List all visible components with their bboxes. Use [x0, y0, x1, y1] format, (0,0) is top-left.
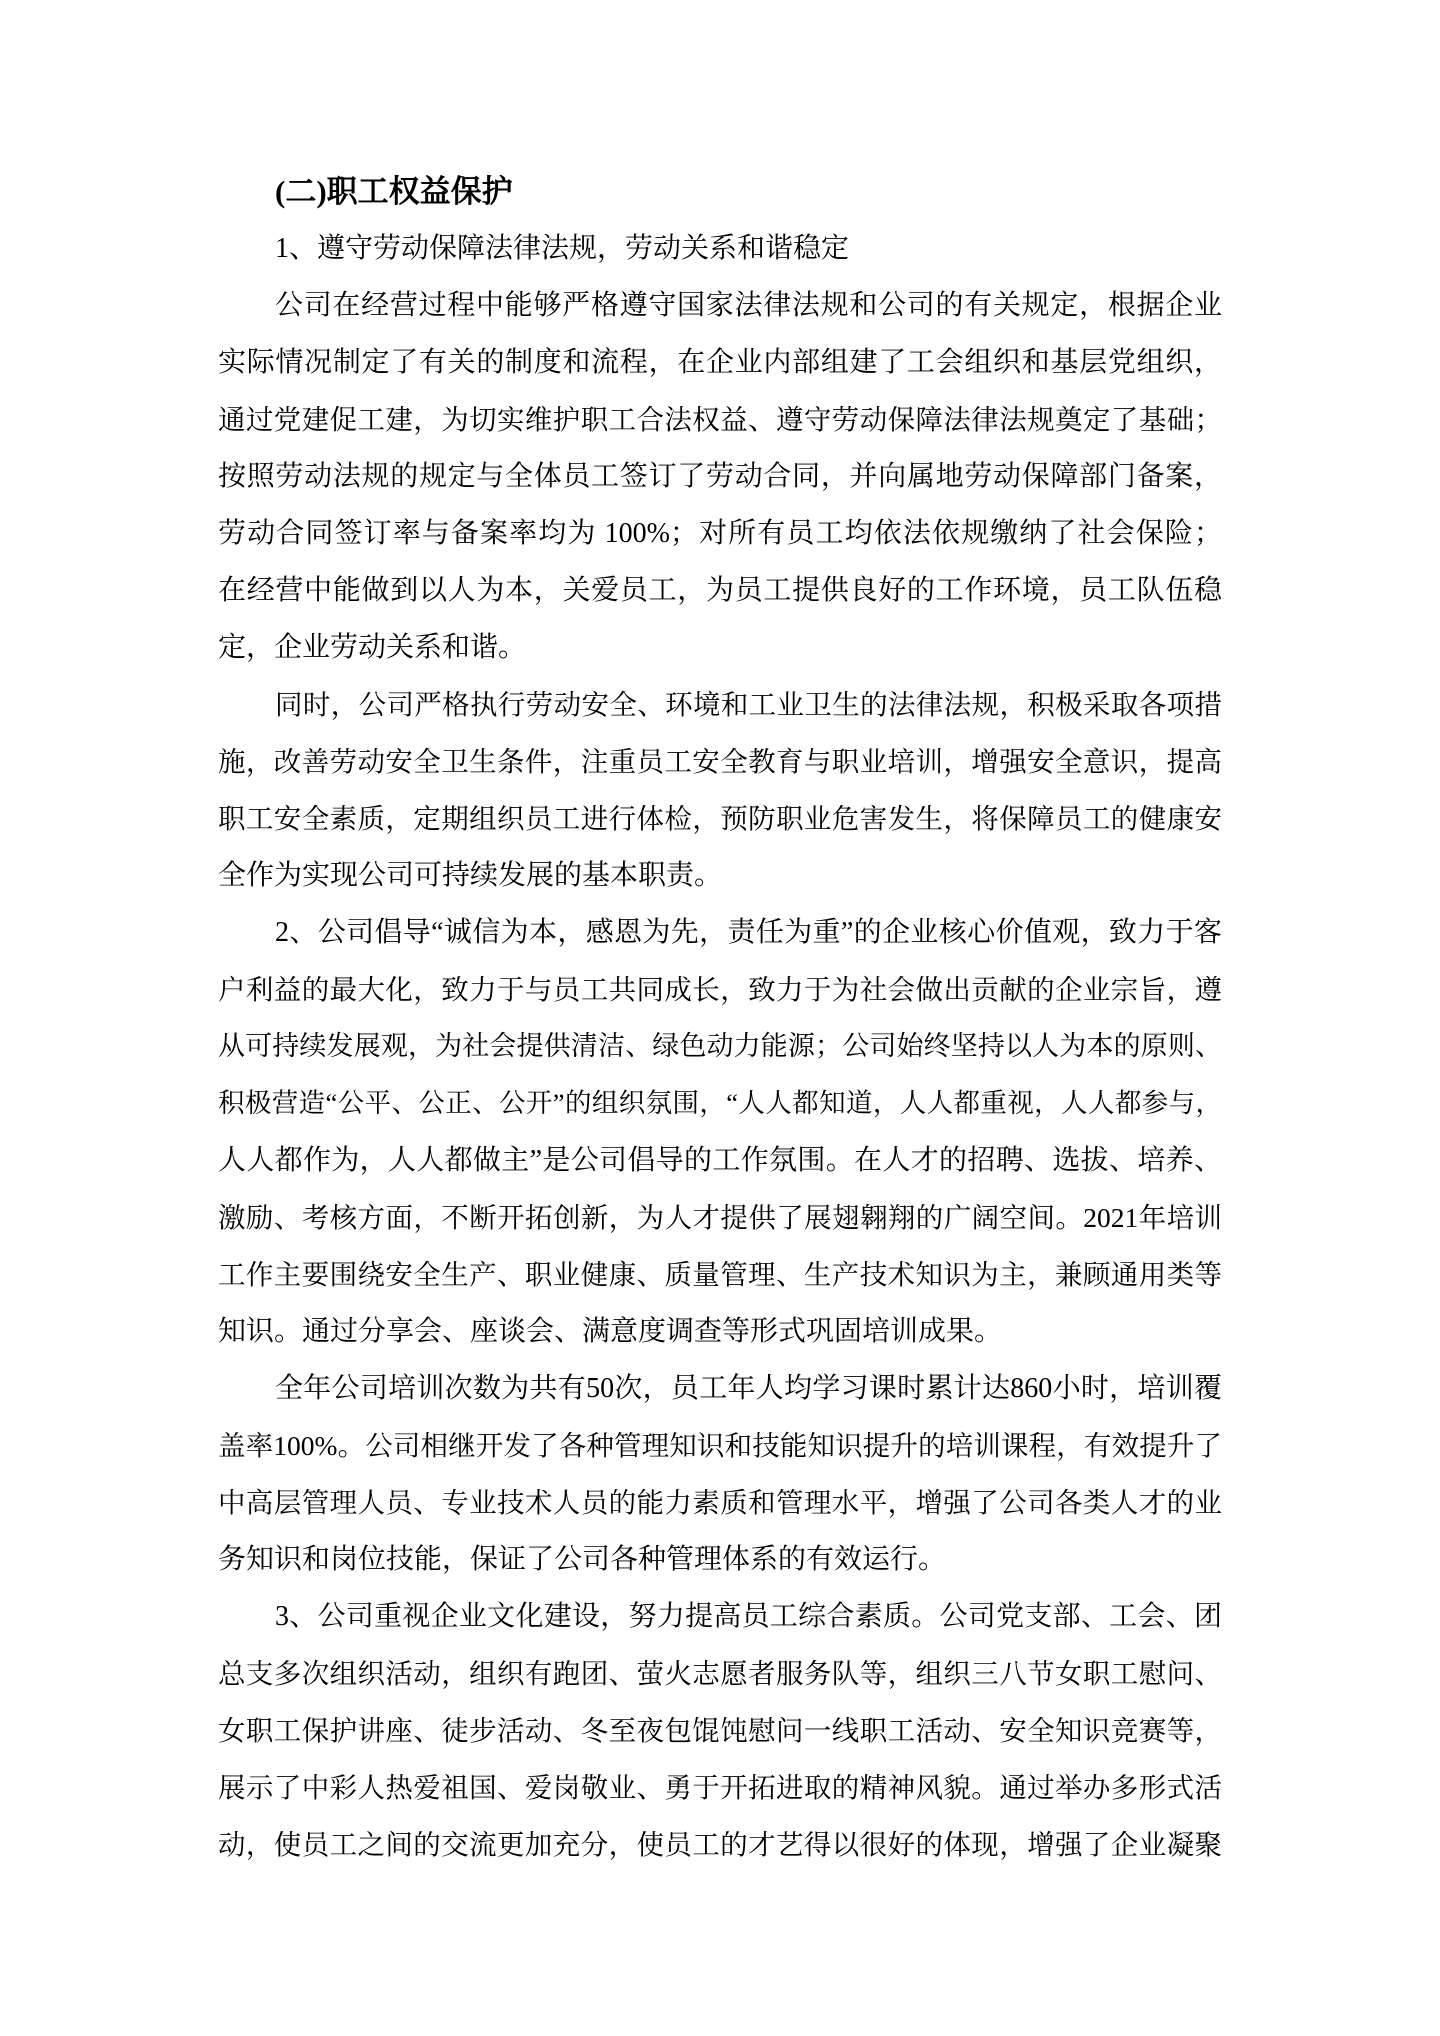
text-line: 积极营造“公平、公正、公开”的组织氛围，“人人都知道，人人都重视，人人都参与，: [218, 1075, 1222, 1132]
text-line: 知识。通过分享会、座谈会、满意度调查等形式巩固培训成果。: [218, 1303, 1222, 1360]
text-line: 女职工保护讲座、徒步活动、冬至夜包馄饨慰问一线职工活动、安全知识竞赛等，: [218, 1702, 1222, 1759]
text-line: 人人都作为，人人都做主”是公司倡导的工作氛围。在人才的招聘、选拔、培养、: [218, 1132, 1222, 1189]
text-line: 总支多次组织活动，组织有跑团、萤火志愿者服务队等，组织三八节女职工慰问、: [218, 1645, 1222, 1702]
text-line: 实际情况制定了有关的制度和流程，在企业内部组建了工会组织和基层党组织，: [218, 334, 1222, 391]
text-line: 劳动合同签订率与备案率均为 100%；对所有员工均依法依规缴纳了社会保险；: [218, 505, 1222, 562]
text-line: 通过党建促工建，为切实维护职工合法权益、遵守劳动保障法律法规奠定了基础；: [218, 391, 1222, 448]
document-page: (二)职工权益保护 1、遵守劳动保障法律法规，劳动关系和谐稳定公司在经营过程中能…: [0, 0, 1440, 2036]
text-line: 全年公司培训次数为共有50次，员工年人均学习课时累计达860小时，培训覆: [218, 1360, 1222, 1417]
text-line: 施，改善劳动安全卫生条件，注重员工安全教育与职业培训，增强安全意识，提高: [218, 733, 1222, 790]
text-line: 动，使员工之间的交流更加充分，使员工的才艺得以很好的体现，增强了企业凝聚: [218, 1816, 1222, 1873]
text-line: 激励、考核方面，不断开拓创新，为人才提供了展翅翱翔的广阔空间。2021年培训: [218, 1189, 1222, 1246]
text-line: 1、遵守劳动保障法律法规，劳动关系和谐稳定: [218, 220, 1222, 277]
text-line: 中高层管理人员、专业技术人员的能力素质和管理水平，增强了公司各类人才的业: [218, 1474, 1222, 1531]
text-line: 务知识和岗位技能，保证了公司各种管理体系的有效运行。: [218, 1531, 1222, 1588]
text-line: 在经营中能做到以人为本，关爱员工，为员工提供良好的工作环境，员工队伍稳: [218, 562, 1222, 619]
text-line: 按照劳动法规的规定与全体员工签订了劳动合同，并向属地劳动保障部门备案，: [218, 448, 1222, 505]
document-body: 1、遵守劳动保障法律法规，劳动关系和谐稳定公司在经营过程中能够严格遵守国家法律法…: [218, 220, 1222, 1873]
text-line: 职工安全素质，定期组织员工进行体检，预防职业危害发生，将保障员工的健康安: [218, 790, 1222, 847]
section-heading: (二)职工权益保护: [218, 163, 1222, 220]
text-line: 2、公司倡导“诚信为本，感恩为先，责任为重”的企业核心价值观，致力于客: [218, 904, 1222, 961]
text-line: 户利益的最大化，致力于与员工共同成长，致力于为社会做出贡献的企业宗旨，遵: [218, 961, 1222, 1018]
text-line: 3、公司重视企业文化建设，努力提高员工综合素质。公司党支部、工会、团: [218, 1588, 1222, 1645]
text-line: 同时，公司严格执行劳动安全、环境和工业卫生的法律法规，积极采取各项措: [218, 676, 1222, 733]
text-line: 工作主要围绕安全生产、职业健康、质量管理、生产技术知识为主，兼顾通用类等: [218, 1246, 1222, 1303]
document-content: (二)职工权益保护 1、遵守劳动保障法律法规，劳动关系和谐稳定公司在经营过程中能…: [218, 163, 1222, 1873]
text-line: 从可持续发展观，为社会提供清洁、绿色动力能源；公司始终坚持以人为本的原则、: [218, 1018, 1222, 1075]
text-line: 定，企业劳动关系和谐。: [218, 619, 1222, 676]
text-line: 公司在经营过程中能够严格遵守国家法律法规和公司的有关规定，根据企业: [218, 277, 1222, 334]
text-line: 展示了中彩人热爱祖国、爱岗敬业、勇于开拓进取的精神风貌。通过举办多形式活: [218, 1759, 1222, 1816]
text-line: 全作为实现公司可持续发展的基本职责。: [218, 847, 1222, 904]
text-line: 盖率100%。公司相继开发了各种管理知识和技能知识提升的培训课程，有效提升了: [218, 1417, 1222, 1474]
